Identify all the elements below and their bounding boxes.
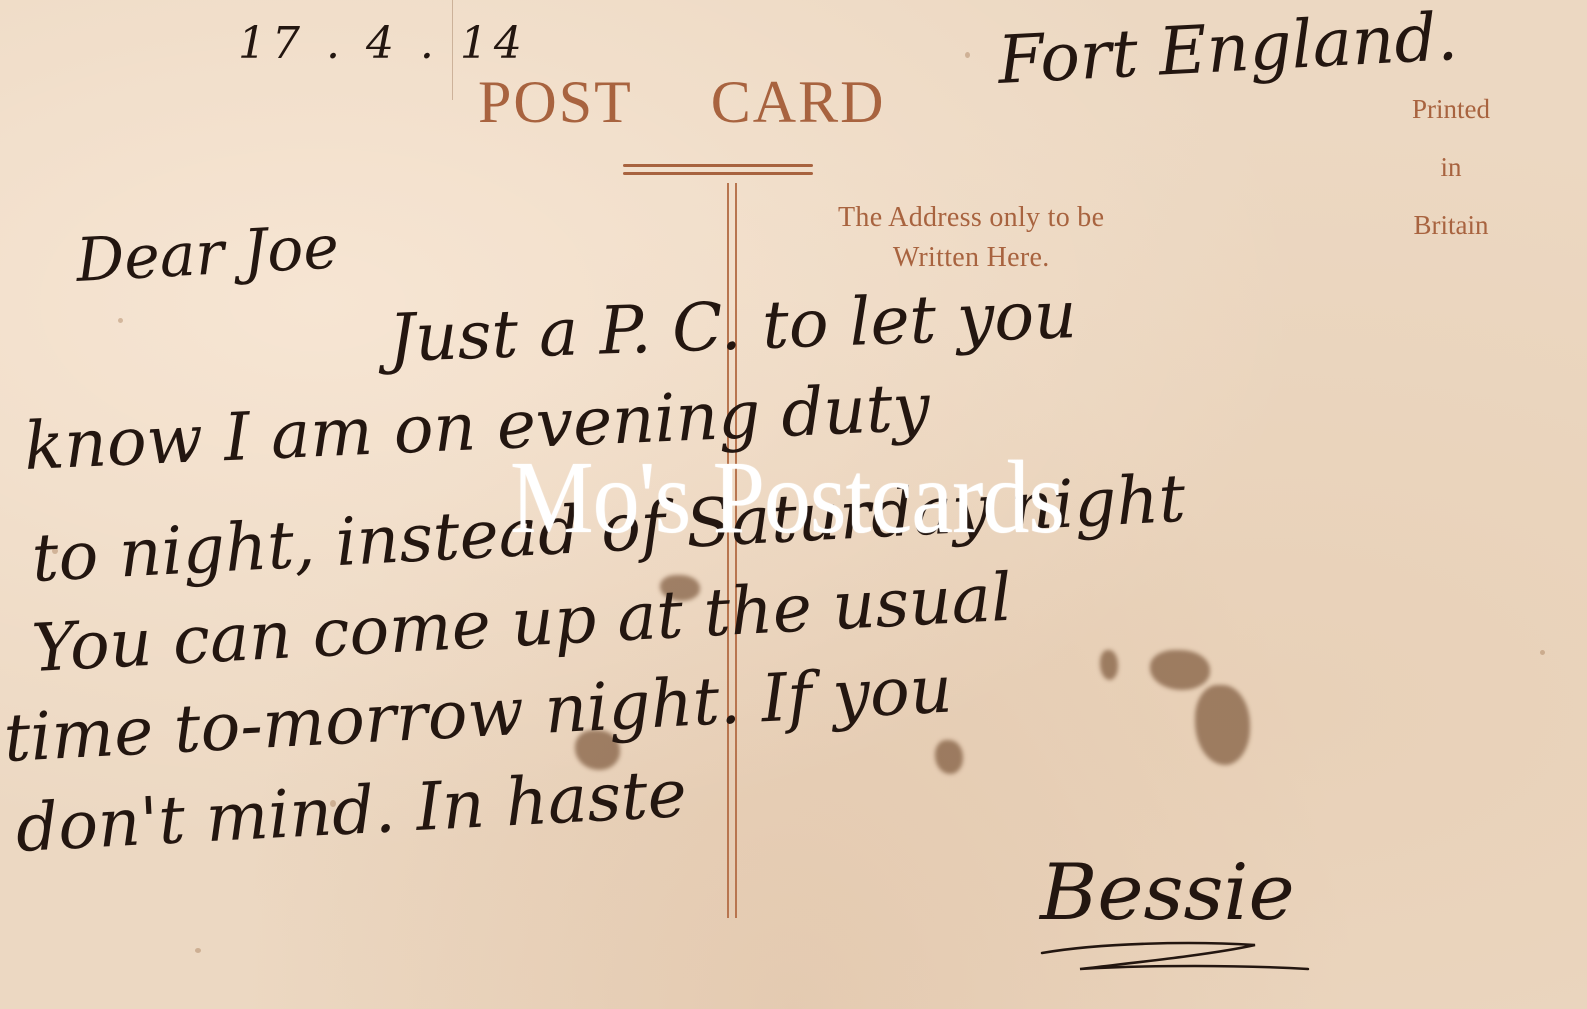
in-word: in	[1396, 138, 1506, 196]
ink-stain	[1195, 685, 1250, 765]
heading-post: POST	[478, 69, 633, 135]
printed-word: Printed	[1396, 80, 1506, 138]
watermark: Mo's Postcards	[447, 443, 1127, 553]
postcard-heading: POSTCARD	[478, 68, 885, 137]
divider-double-rule-top	[623, 164, 813, 167]
ink-stain	[1100, 650, 1118, 680]
message-line-6: don't mind. In haste	[14, 755, 689, 867]
paper-speck	[195, 948, 201, 953]
signature-underline-flourish	[1040, 935, 1310, 975]
message-line-1: Just a P. C. to let you	[387, 276, 1077, 377]
handwritten-location: Fort England.	[996, 0, 1460, 99]
address-instruction-line1: The Address only to be	[838, 198, 1104, 238]
handwritten-date: 17 . 4 . 14	[238, 18, 528, 69]
address-instruction-line2: Written Here.	[838, 238, 1104, 278]
printed-in-britain: Printed in Britain	[1396, 80, 1506, 254]
paper-speck	[118, 318, 123, 323]
handwritten-greeting: Dear Joe	[74, 212, 340, 296]
britain-word: Britain	[1396, 196, 1506, 254]
signature: Bessie	[1040, 848, 1295, 938]
paper-speck	[1540, 650, 1545, 655]
ink-stain	[935, 740, 963, 774]
ink-stain	[1150, 650, 1210, 690]
heading-card: CARD	[711, 69, 886, 135]
divider-double-rule-bottom	[623, 172, 813, 175]
address-instruction: The Address only to be Written Here.	[838, 198, 1104, 278]
postcard-back: POSTCARD The Address only to be Written …	[0, 0, 1587, 1009]
paper-speck	[965, 52, 970, 58]
